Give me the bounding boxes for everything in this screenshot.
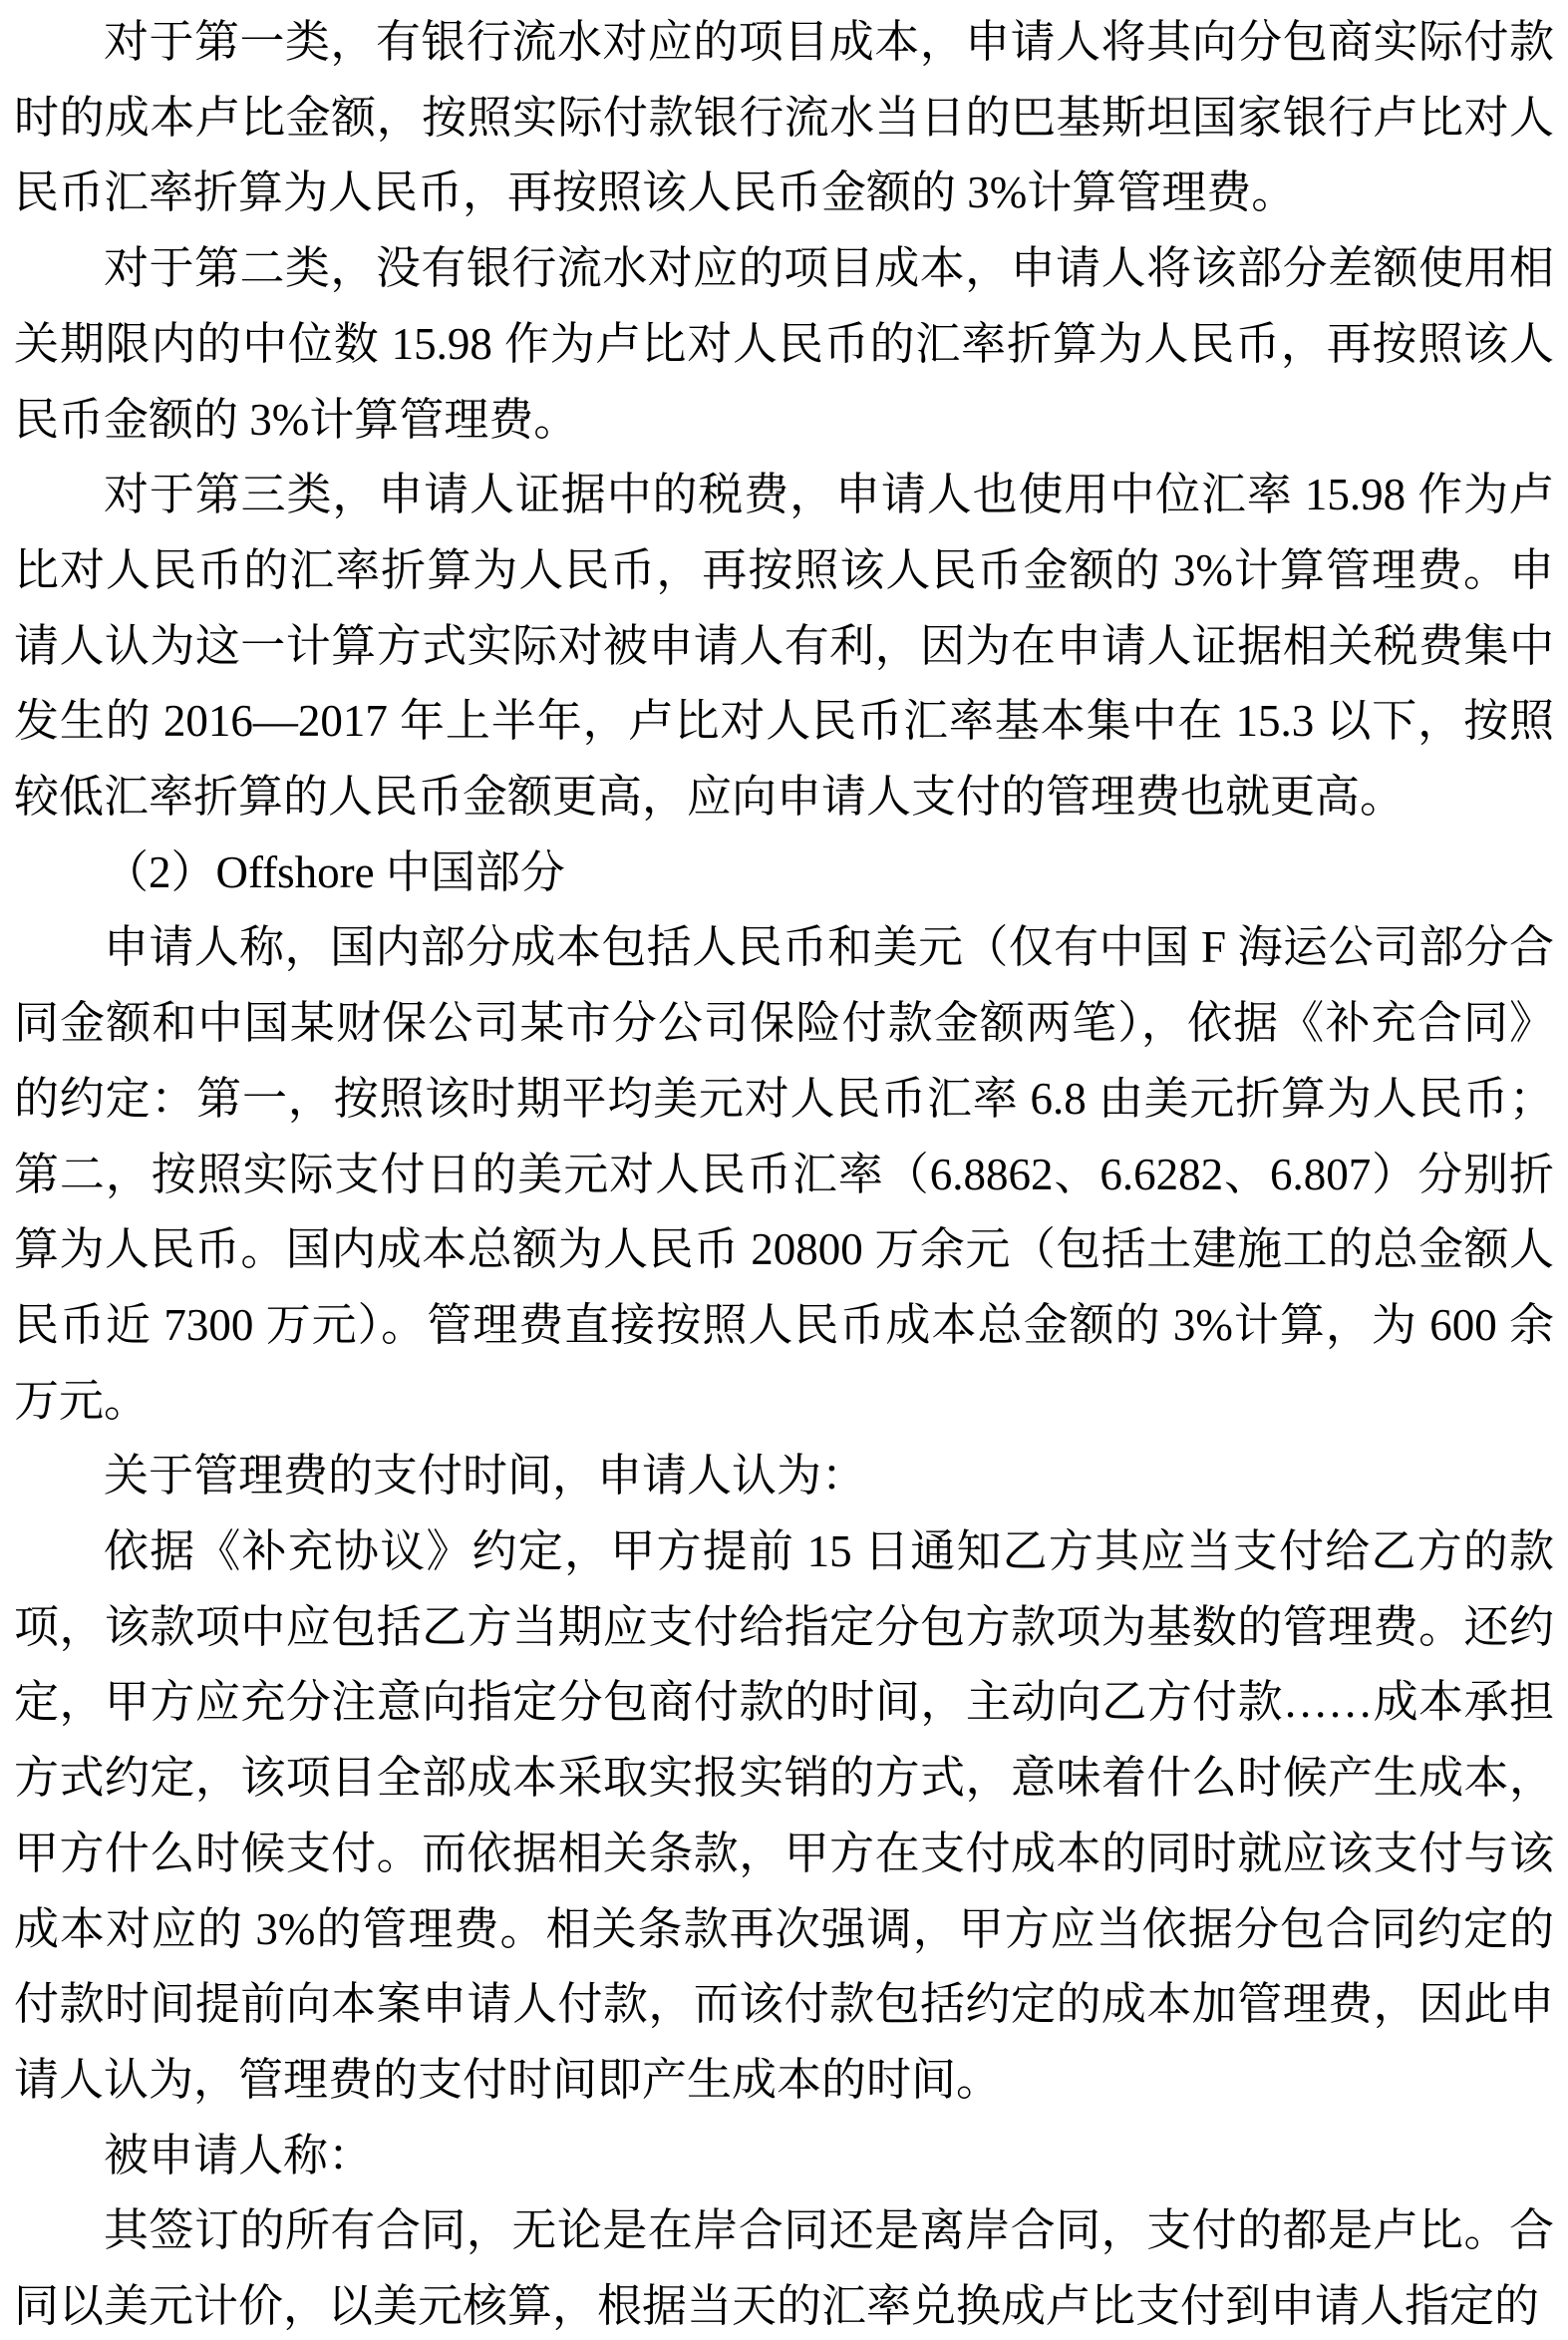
paragraph: 依据《补充协议》约定，甲方提前 15 日通知乙方其应当支付给乙方的款项，该款项中…	[14, 1514, 1554, 2119]
paragraph: 对于第一类，有银行流水对应的项目成本，申请人将其向分包商实际付款时的成本卢比金额…	[14, 5, 1554, 231]
paragraph-heading-offshore-china: （2）Offshore 中国部分	[14, 836, 1554, 911]
paragraph: 申请人称，国内部分成本包括人民币和美元（仅有中国 F 海运公司部分合同金额和中国…	[14, 910, 1554, 1439]
paragraph: 对于第三类，申请人证据中的税费，申请人也使用中位汇率 15.98 作为卢比对人民…	[14, 458, 1554, 836]
document-page: 对于第一类，有银行流水对应的项目成本，申请人将其向分包商实际付款时的成本卢比金额…	[0, 0, 1568, 2340]
paragraph: 关于管理费的支付时间，申请人认为：	[14, 1439, 1554, 1514]
paragraph: 对于第二类，没有银行流水对应的项目成本，申请人将该部分差额使用相关期限内的中位数…	[14, 231, 1554, 458]
paragraph: 被申请人称：	[14, 2119, 1554, 2194]
paragraph: 其签订的所有合同，无论是在岸合同还是离岸合同，支付的都是卢比。合同以美元计价，以…	[14, 2193, 1554, 2340]
